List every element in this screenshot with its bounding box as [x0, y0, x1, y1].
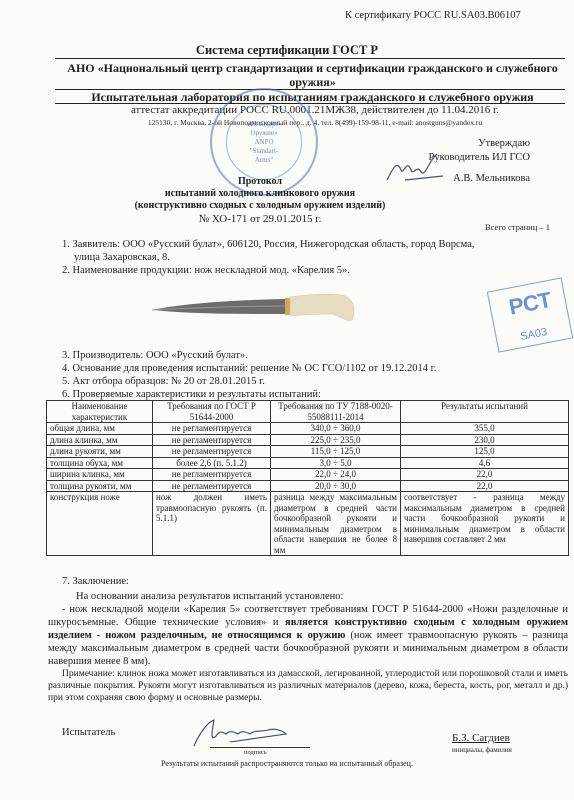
- certification-system-title: Система сертификации ГОСТ Р: [0, 43, 574, 58]
- cell: длина рукояти, мм: [47, 446, 153, 458]
- cell: не регламентируется: [153, 423, 271, 435]
- note-text: Примечание: клинок ножа может изготавлив…: [48, 668, 568, 704]
- stamp-text: «Стандарт- Оружие» ANPO "Standart- Arms": [212, 120, 316, 165]
- protocol-subtitle: испытаний холодного клинкового оружия: [120, 188, 400, 199]
- tester-name-caption: инициалы, фамилия: [452, 746, 512, 754]
- cell: ширина клинка, мм: [47, 469, 153, 481]
- conclusion-intro: На основании анализа результатов испытан…: [76, 590, 343, 603]
- protocol-number: № ХО-171 от 29.01.2015 г.: [160, 213, 360, 225]
- cell: толщина обуха, мм: [47, 457, 153, 469]
- footer-note: Результаты испытаний распространяются то…: [0, 759, 574, 768]
- cell: 22,0 ÷ 24,0: [271, 469, 401, 481]
- cell: не регламентируется: [153, 434, 271, 446]
- organization-name: АНО «Национальный центр стандартизации и…: [60, 61, 565, 89]
- cell: 340,0 ÷ 360,0: [271, 423, 401, 435]
- applicant-address-cont: улица Захаровская, 8.: [74, 251, 170, 264]
- cell: толщина рукояти, мм: [47, 480, 153, 492]
- stamp-line: "Standart-: [212, 147, 316, 156]
- cell: разница между максимальным диаметром в с…: [271, 492, 401, 556]
- cell: не регламентируется: [153, 480, 271, 492]
- knife-photo-icon: [150, 288, 360, 328]
- applicant-item: 1. Заявитель: ООО «Русский булат», 60612…: [62, 238, 474, 251]
- conclusion-heading: 7. Заключение:: [62, 575, 129, 588]
- cell: общая длина, мм: [47, 423, 153, 435]
- cell: 355,0: [401, 423, 569, 435]
- table-header-row: Наименование характеристик Требования по…: [47, 401, 569, 423]
- cell: более 2,6 (п. 5.1.2): [153, 457, 271, 469]
- divider: [55, 58, 565, 59]
- protocol-subtitle: (конструктивно сходных с холодным оружие…: [80, 200, 440, 211]
- stamp-line: Arms": [212, 156, 316, 165]
- approver-signature-icon: [385, 150, 445, 186]
- tester-signature-icon: [190, 712, 290, 752]
- cell: 115,0 ÷ 125,0: [271, 446, 401, 458]
- stamp-line: ANPO: [212, 138, 316, 147]
- cell: 3,0 ÷ 5,0: [271, 457, 401, 469]
- cell: 225,0 ÷ 235,0: [271, 434, 401, 446]
- table-row: конструкция ноже нож должен иметь травмо…: [47, 492, 569, 556]
- cell: 22,0: [401, 469, 569, 481]
- accreditation-line: аттестат аккредитации РОСС RU.0001.21МЖ3…: [60, 104, 570, 116]
- results-table: Наименование характеристик Требования по…: [46, 400, 569, 556]
- cell: длина клинка, мм: [47, 434, 153, 446]
- cell: не регламентируется: [153, 469, 271, 481]
- rst-mark: РСТ SA03: [487, 277, 573, 352]
- signature-caption: подпись: [244, 749, 267, 756]
- cell: конструкция ноже: [47, 492, 153, 556]
- table-row: толщина обуха, мм более 2,6 (п. 5.1.2) 3…: [47, 457, 569, 469]
- rst-code: SA03: [496, 322, 571, 348]
- signature-line: [210, 747, 310, 748]
- cell: соответствует - разница между максимальн…: [401, 492, 569, 556]
- cell: 22,0: [401, 480, 569, 492]
- product-item: 2. Наименование продукции: нож нескладно…: [62, 264, 350, 277]
- column-header: Наименование характеристик: [47, 401, 153, 423]
- cell: 125,0: [401, 446, 569, 458]
- stamp-line: «Стандарт-: [212, 120, 316, 129]
- table-row: толщина рукояти, мм не регламентируется …: [47, 480, 569, 492]
- column-header: Результаты испытаний: [401, 401, 569, 423]
- tester-name: Б.З. Сагдиев: [452, 732, 510, 744]
- rst-logo-icon: РСТ: [507, 287, 554, 321]
- approver-name: А.В. Мельникова: [453, 173, 530, 184]
- basis-item: 4. Основание для проведения испытаний: р…: [62, 362, 436, 375]
- table-row: длина рукояти, мм не регламентируется 11…: [47, 446, 569, 458]
- cell: 230,0: [401, 434, 569, 446]
- table-row: длина клинка, мм не регламентируется 225…: [47, 434, 569, 446]
- laboratory-name: Испытательная лаборатория по испытаниям …: [55, 90, 570, 105]
- protocol-title: Протокол: [180, 176, 340, 187]
- approval-label: Утверждаю: [478, 138, 530, 149]
- table-row: общая длина, мм не регламентируется 340,…: [47, 423, 569, 435]
- column-header: Требования по ГОСТ Р 51644-2000: [153, 401, 271, 423]
- tester-role: Испытатель: [62, 726, 115, 739]
- conclusion-text: - нож нескладной модели «Карелия 5» соот…: [48, 603, 568, 668]
- table-row: ширина клинка, мм не регламентируется 22…: [47, 469, 569, 481]
- cell: нож должен иметь травмоопасную рукоять (…: [153, 492, 271, 556]
- stamp-line: Оружие»: [212, 129, 316, 138]
- cell: не регламентируется: [153, 446, 271, 458]
- certificate-reference: К сертификату РОСС RU.SA03.B06107: [345, 10, 521, 21]
- column-header: Требования по ТУ 7188-0020-55088111-2014: [271, 401, 401, 423]
- cell: 20,0 ÷ 30,0: [271, 480, 401, 492]
- cell: 4,6: [401, 457, 569, 469]
- manufacturer-item: 3. Производитель: ООО «Русский булат».: [62, 349, 248, 362]
- page-count: Всего страниц – 1: [485, 222, 550, 232]
- sampling-item: 5. Акт отбора образцов: № 20 от 28.01.20…: [62, 375, 265, 388]
